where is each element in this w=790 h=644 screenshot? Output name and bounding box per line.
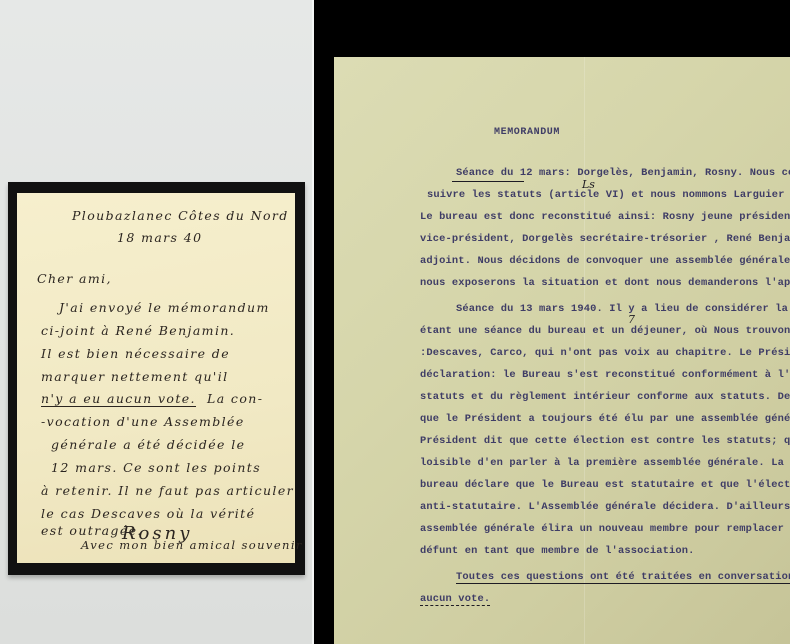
letter-date: 18 mars 40 — [117, 230, 202, 245]
letter-line: -vocation d'une Assemblée — [41, 414, 245, 429]
memo-line: nous exposerons la situation et dont nou… — [420, 277, 790, 289]
memo-line: Séance du 13 mars 1940. Il y a lieu de c… — [456, 303, 790, 315]
letter-line: marquer nettement qu'il — [41, 369, 229, 384]
letter-line: le cas Descaves où la vérité — [41, 506, 255, 521]
memo-line: anti-statutaire. L'Assemblée générale dé… — [420, 501, 790, 513]
letter-line: 12 mars. Ce sont les points — [51, 460, 261, 475]
letter-line: à retenir. Il ne faut pas articuler — [41, 483, 294, 498]
memo-line: :Descaves, Carco, qui n'ont pas voix au … — [420, 347, 790, 359]
memo-line: loisible d'en parler à la première assem… — [420, 457, 790, 469]
letter-salutation: Cher ami, — [37, 271, 112, 286]
memo-line-underlined: Toutes ces questions ont été traitées en… — [456, 571, 790, 584]
memo-line: Séance du 12 mars: Dorgelès, Benjamin, R… — [456, 167, 790, 179]
letter-line: J'ai envoyé le mémorandum — [59, 300, 270, 315]
memo-line: Le bureau est donc reconstitué ainsi: Ro… — [420, 211, 790, 223]
panel-divider — [312, 0, 314, 644]
letter-line: La con- — [207, 391, 263, 406]
letter-signature: Rosny — [122, 523, 192, 544]
handwritten-letter: Ploubazlanec Côtes du Nord 18 mars 40 Ch… — [17, 193, 295, 563]
letter-line-underlined: n'y a eu aucun vote. — [41, 391, 196, 407]
memo-line: étant une séance du bureau et un déjeune… — [420, 325, 790, 337]
memorandum-sheet: MEMORANDUM Séance du 12 mars: Dorgelès, … — [334, 57, 790, 644]
memo-line: statuts et du règlement intérieur confor… — [420, 391, 790, 403]
memo-line: vice-président, Dorgelès secrétaire-trés… — [420, 233, 790, 245]
letter-line: générale a été décidée le — [51, 437, 245, 452]
memo-line: défunt en tant que membre de l'associati… — [420, 545, 695, 557]
memo-line-underlined: aucun vote. — [420, 593, 490, 606]
letter-line: ci-joint à René Benjamin. — [41, 323, 235, 338]
memo-line: bureau déclare que le Bureau est statuta… — [420, 479, 790, 491]
memo-line: que le Président a toujours été élu par … — [420, 413, 790, 425]
letter-place: Ploubazlanec Côtes du Nord — [72, 208, 289, 223]
memo-line: déclaration: le Bureau s'est reconstitué… — [420, 369, 790, 381]
memo-line: suivre les statuts (article VI) et nous … — [427, 189, 790, 201]
letter-line: Il est bien nécessaire de — [41, 346, 230, 361]
memo-line: assemblée générale élira un nouveau memb… — [420, 523, 790, 535]
memo-title: MEMORANDUM — [494, 127, 560, 138]
memo-line: adjoint. Nous décidons de convoquer une … — [420, 255, 790, 267]
pen-annotation: Ls — [582, 178, 595, 191]
memo-line: Président dit que cette élection est con… — [420, 435, 790, 447]
pen-annotation: 7 — [628, 313, 635, 326]
pen-underline — [452, 181, 524, 182]
